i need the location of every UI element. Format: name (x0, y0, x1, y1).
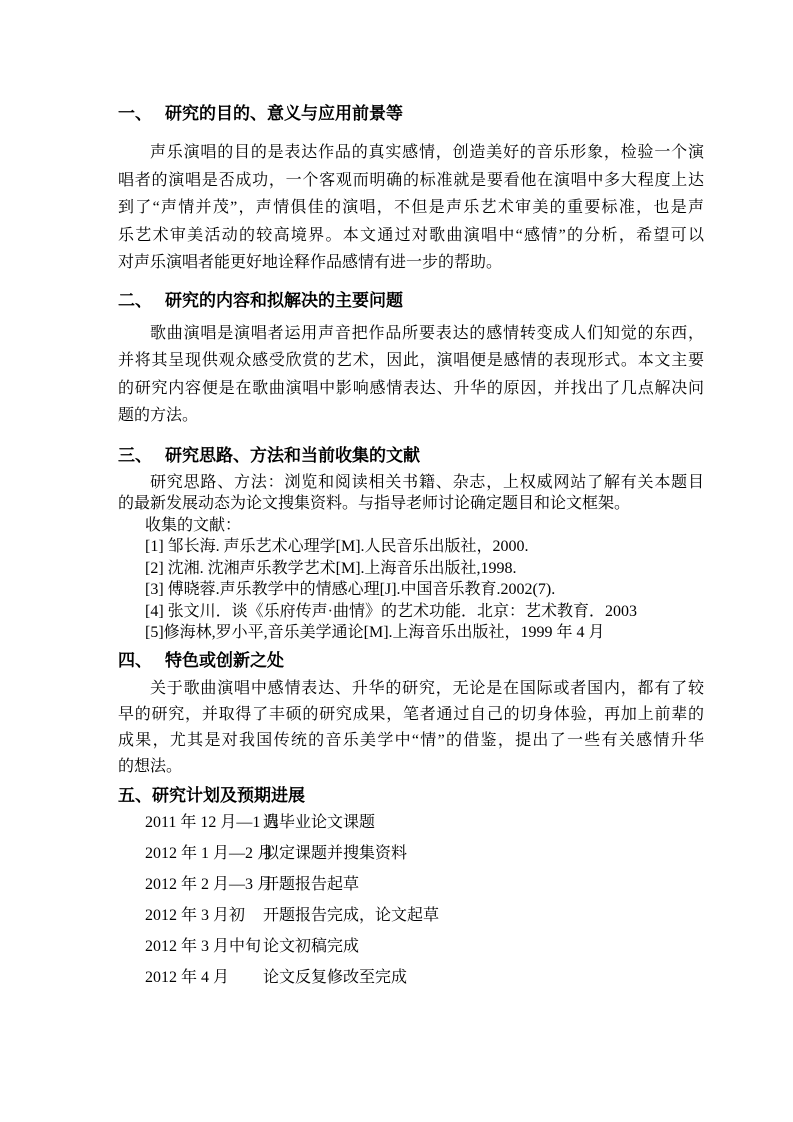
schedule-task: 开题报告完成，论文起草 (263, 900, 439, 931)
schedule-date: 2012 年 4 月 (145, 962, 263, 993)
section-innovations: 四、特色或创新之处 关于歌曲演唱中感情表达、升华的研究，无论是在国际或者国内，都… (118, 650, 704, 780)
schedule-date: 2012 年 1 月—2 月 (145, 838, 263, 869)
schedule-task: 论文反复修改至完成 (263, 962, 407, 993)
schedule-row: 2011 年 12 月—1 月 选毕业论文课题 (118, 807, 704, 838)
section-paragraph: 歌曲演唱是演唱者运用声音把作品所要表达的感情转变成人们知觉的东西， 并将其呈现供… (118, 320, 704, 430)
paragraph-line: 的研究内容便是在歌曲演唱中影响感情表达、升华的原因，并找出了几点解决问 (118, 375, 704, 403)
section-heading: 四、特色或创新之处 (118, 650, 704, 672)
section-number: 五、 (118, 785, 152, 807)
paragraph-line: 的想法。 (118, 754, 704, 780)
paragraph-line: 并将其呈现供观众感受欣赏的艺术，因此，演唱便是感情的表现形式。本文主要 (118, 347, 704, 375)
section-content-problems: 二、研究的内容和拟解决的主要问题 歌曲演唱是演唱者运用声音把作品所要表达的感情转… (118, 290, 704, 430)
schedule-row: 2012 年 1 月—2 月 拟定课题并搜集资料 (118, 838, 704, 869)
paragraph-line: 早的研究，并取得了丰硕的研究成果，笔者通过自己的切身体验，再加上前辈的 (118, 702, 704, 728)
schedule-date: 2012 年 3 月中旬 (145, 931, 263, 962)
section-number: 二、 (118, 290, 165, 312)
schedule-row: 2012 年 3 月中旬 论文初稿完成 (118, 931, 704, 962)
schedule-row: 2012 年 2 月—3 月 开题报告起草 (118, 869, 704, 900)
section-heading: 一、研究的目的、意义与应用前景等 (118, 103, 704, 125)
section-title: 特色或创新之处 (165, 651, 284, 670)
section-title: 研究思路、方法和当前收集的文献 (165, 446, 420, 465)
reference-item: [5]修海林,罗小平,音乐美学通论[M].上海音乐出版社，1999 年 4 月 (118, 622, 704, 644)
paragraph-line: 歌曲演唱是演唱者运用声音把作品所要表达的感情转变成人们知觉的东西， (118, 320, 704, 348)
section-schedule: 五、研究计划及预期进展 2011 年 12 月—1 月 选毕业论文课题 2012… (118, 785, 704, 993)
schedule-date: 2011 年 12 月—1 月 (145, 807, 263, 838)
section-purpose: 一、研究的目的、意义与应用前景等 声乐演唱的目的是表达作品的真实感情，创造美好的… (118, 103, 704, 277)
paragraph-line: 的最新发展动态为论文搜集资料。与指导老师讨论确定题目和论文框架。 (118, 493, 704, 515)
section-number: 一、 (118, 103, 165, 125)
reference-item: [2] 沈湘. 沈湘声乐教学艺术[M].上海音乐出版社,1998. (118, 558, 704, 580)
paragraph-line: 题的方法。 (118, 402, 704, 430)
schedule-task: 开题报告起草 (263, 869, 359, 900)
section-heading: 二、研究的内容和拟解决的主要问题 (118, 290, 704, 312)
reference-item: [3] 傅晓蓉.声乐教学中的情感心理[J].中国音乐教育.2002(7). (118, 579, 704, 601)
reference-item: [1] 邹长海. 声乐艺术心理学[M].人民音乐出版社，2000. (118, 536, 704, 558)
schedule-task: 拟定课题并搜集资料 (263, 838, 407, 869)
schedule-date: 2012 年 2 月—3 月 (145, 869, 263, 900)
section-methods-literature: 三、研究思路、方法和当前收集的文献 研究思路、方法：浏览和阅读相关书籍、杂志，上… (118, 445, 704, 644)
paragraph-line: 对声乐演唱者能更好地诠释作品感情有进一步的帮助。 (118, 249, 704, 277)
schedule-row: 2012 年 4 月 论文反复修改至完成 (118, 962, 704, 993)
paragraph-line: 声乐演唱的目的是表达作品的真实感情，创造美好的音乐形象，检验一个演 (118, 139, 704, 167)
schedule-row: 2012 年 3 月初 开题报告完成，论文起草 (118, 900, 704, 931)
schedule-date: 2012 年 3 月初 (145, 900, 263, 931)
references-label: 收集的文献： (118, 515, 704, 537)
paragraph-line: 关于歌曲演唱中感情表达、升华的研究，无论是在国际或者国内，都有了较 (118, 676, 704, 702)
paragraph-line: 研究思路、方法：浏览和阅读相关书籍、杂志，上权威网站了解有关本题目 (118, 472, 704, 494)
section-title: 研究的内容和拟解决的主要问题 (165, 291, 403, 310)
section-heading: 三、研究思路、方法和当前收集的文献 (118, 445, 704, 467)
schedule-task: 选毕业论文课题 (263, 807, 375, 838)
section-paragraph: 声乐演唱的目的是表达作品的真实感情，创造美好的音乐形象，检验一个演 唱者的演唱是… (118, 139, 704, 277)
schedule-list: 2011 年 12 月—1 月 选毕业论文课题 2012 年 1 月—2 月 拟… (118, 807, 704, 993)
section-heading: 五、研究计划及预期进展 (118, 785, 704, 807)
paragraph-line: 成果，尤其是对我国传统的音乐美学中“情”的借鉴，提出了一些有关感情升华 (118, 728, 704, 754)
paragraph-line: 唱者的演唱是否成功，一个客观而明确的标准就是要看他在演唱中多大程度上达 (118, 167, 704, 195)
section-paragraph: 关于歌曲演唱中感情表达、升华的研究，无论是在国际或者国内，都有了较 早的研究，并… (118, 676, 704, 780)
section-title: 研究的目的、意义与应用前景等 (165, 104, 403, 123)
paragraph-line: 乐艺术审美活动的较高境界。本文通过对歌曲演唱中“感情”的分析，希望可以 (118, 222, 704, 250)
schedule-task: 论文初稿完成 (263, 931, 359, 962)
section-number: 四、 (118, 650, 165, 672)
references-list: 收集的文献： [1] 邹长海. 声乐艺术心理学[M].人民音乐出版社，2000.… (118, 515, 704, 644)
document-page: 一、研究的目的、意义与应用前景等 声乐演唱的目的是表达作品的真实感情，创造美好的… (0, 0, 793, 1122)
paragraph-line: 到了“声情并茂”，声情俱佳的演唱，不但是声乐艺术审美的重要标准，也是声 (118, 194, 704, 222)
section-title: 研究计划及预期进展 (152, 786, 305, 805)
section-number: 三、 (118, 445, 165, 467)
reference-item: [4] 张文川．谈《乐府传声·曲情》的艺术功能．北京：艺术教育．2003 (118, 601, 704, 623)
section-paragraph: 研究思路、方法：浏览和阅读相关书籍、杂志，上权威网站了解有关本题目 的最新发展动… (118, 472, 704, 515)
